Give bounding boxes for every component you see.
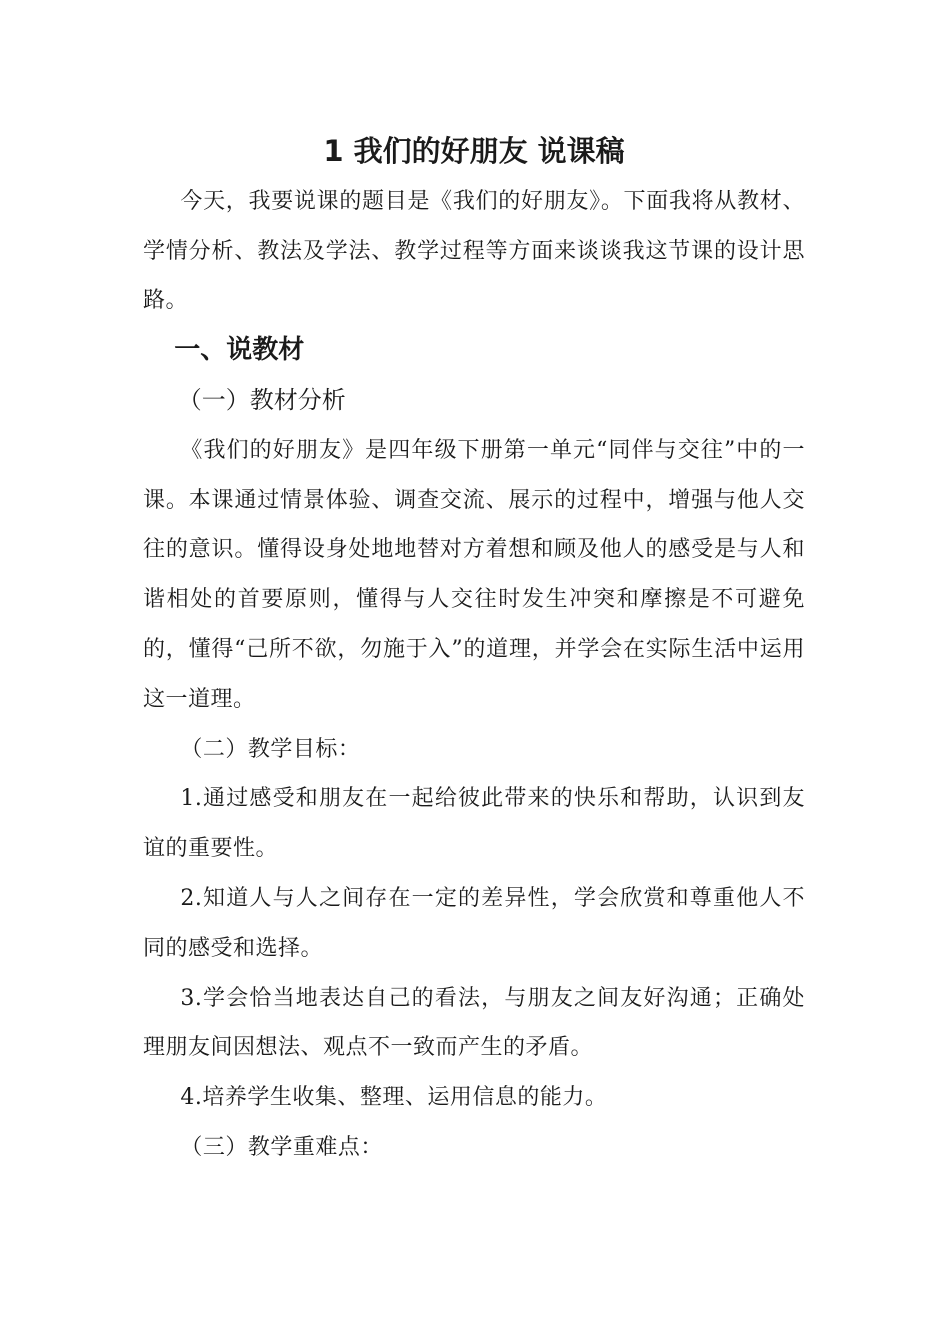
material-analysis-paragraph: 《我们的好朋友》是四年级下册第一单元“同伴与交往”中的一课。本课通过情景体验、调…	[143, 426, 805, 725]
subsection-heading-key-difficulties: （三）教学重难点：	[143, 1123, 805, 1173]
subsection-heading-material-analysis: （一）教材分析	[143, 376, 805, 426]
section-heading-teaching-material: 一、说教材	[143, 326, 805, 376]
teaching-goal-item-1: 1.通过感受和朋友在一起给彼此带来的快乐和帮助，认识到友谊的重要性。	[143, 774, 805, 874]
teaching-goal-item-3: 3.学会恰当地表达自己的看法，与朋友之间友好沟通；正确处理朋友间因想法、观点不一…	[143, 974, 805, 1074]
document-page: 1 我们的好朋友 说课稿 今天，我要说课的题目是《我们的好朋友》。下面我将从教材…	[0, 0, 950, 1344]
document-title: 1 我们的好朋友 说课稿	[143, 127, 805, 177]
intro-paragraph: 今天，我要说课的题目是《我们的好朋友》。下面我将从教材、学情分析、教法及学法、教…	[143, 177, 805, 326]
subsection-heading-teaching-goals: （二）教学目标：	[143, 725, 805, 775]
teaching-goal-item-4: 4.培养学生收集、整理、运用信息的能力。	[143, 1073, 805, 1123]
teaching-goal-item-2: 2.知道人与人之间存在一定的差异性，学会欣赏和尊重他人不同的感受和选择。	[143, 874, 805, 974]
